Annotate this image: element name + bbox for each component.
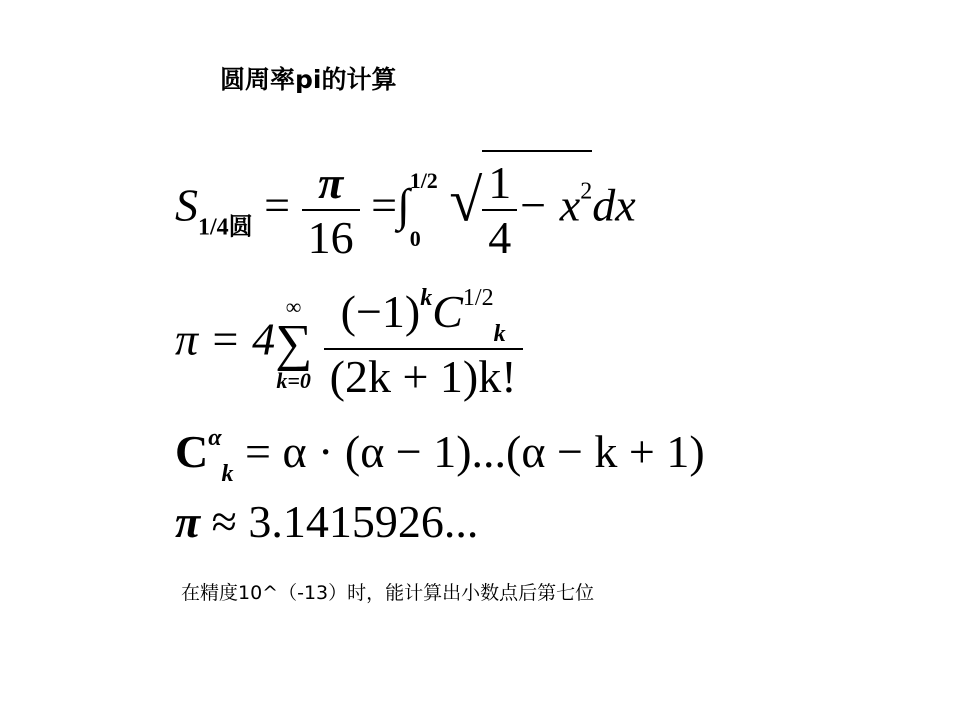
integral-symbol: ∫ bbox=[397, 180, 410, 231]
S-symbol: S bbox=[175, 180, 198, 231]
S-subscript: 1/4圆 bbox=[198, 215, 253, 241]
binom-sup: α bbox=[208, 425, 221, 451]
binom-rhs: = α · (α − 1)...(α − k + 1) bbox=[245, 426, 705, 477]
C-sub: k bbox=[494, 321, 506, 347]
series-formula: π = 4 ∞ ∑ k=0 (−1)kC1/2k (2k + 1)k! bbox=[175, 285, 523, 403]
C-sup: 1/2 bbox=[463, 285, 494, 311]
sigma-lower: k=0 bbox=[275, 370, 312, 392]
page-title: 圆周率pi的计算 bbox=[220, 60, 396, 96]
C-symbol: C bbox=[432, 286, 463, 337]
equals: = bbox=[264, 180, 290, 231]
pi-over-16: π 16 bbox=[302, 156, 360, 264]
approx-symbol: ≈ bbox=[212, 496, 237, 547]
binomial-formula: Cαk = α · (α − 1)...(α − k + 1) bbox=[175, 425, 705, 488]
series-lhs: π = 4 bbox=[175, 314, 275, 365]
dx: dx bbox=[592, 180, 635, 231]
integral-lower: 0 bbox=[410, 210, 438, 268]
sqrt-symbol: √ bbox=[449, 168, 482, 234]
binom-C: C bbox=[175, 426, 208, 477]
pi-symbol: π bbox=[175, 496, 200, 547]
one-quarter: 14 bbox=[482, 156, 517, 264]
pi-value: 3.1415926... bbox=[248, 496, 478, 547]
inner-den: 4 bbox=[482, 209, 517, 264]
series-denominator: (2k + 1)k! bbox=[324, 348, 523, 403]
x-exp: 2 bbox=[580, 179, 592, 205]
binom-sub: k bbox=[222, 461, 234, 487]
num-k: k bbox=[420, 285, 432, 311]
equals-2: = bbox=[371, 180, 397, 231]
minus-x: − x bbox=[517, 180, 580, 231]
frac-den: 16 bbox=[302, 209, 360, 264]
frac-num: π bbox=[302, 156, 360, 209]
area-formula: S1/4圆 = π 16 =∫1/20 √ 14− x2 dx bbox=[175, 150, 636, 268]
sigma-symbol: ∑ bbox=[275, 318, 312, 370]
approx-formula: π ≈ 3.1415926... bbox=[175, 495, 478, 548]
series-numerator: (−1) bbox=[341, 286, 421, 337]
inner-num: 1 bbox=[482, 156, 517, 209]
precision-note: 在精度10^（-13）时，能计算出小数点后第七位 bbox=[181, 578, 594, 605]
series-fraction: (−1)kC1/2k (2k + 1)k! bbox=[324, 285, 523, 403]
integral-upper: 1/2 bbox=[410, 152, 438, 210]
